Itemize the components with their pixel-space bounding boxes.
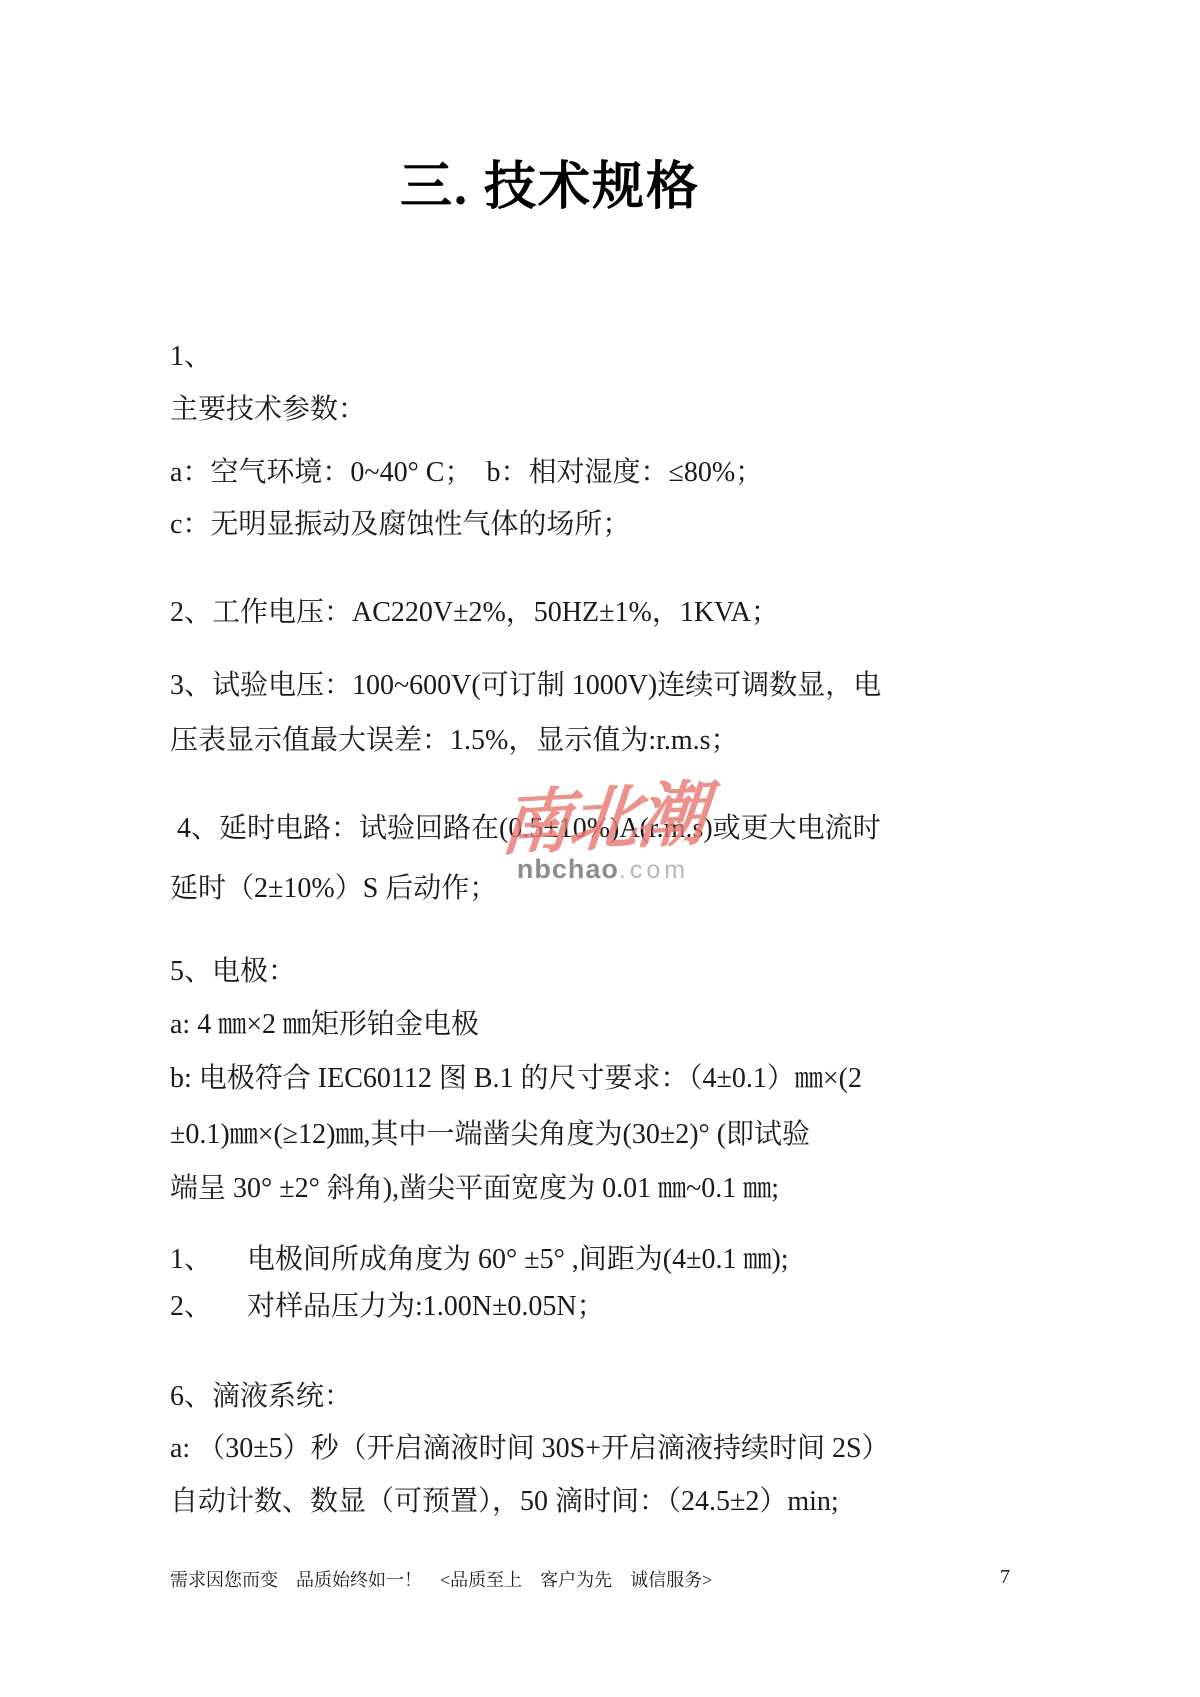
body-line: a: 4 ㎜×2 ㎜矩形铂金电极 (170, 1008, 950, 1042)
document-page: 三. 技术规格 1、主要技术参数：a：空气环境：0~40° C； b：相对湿度：… (0, 0, 1200, 1697)
body-line: 4、延时电路：试验回路在(0.5±10%)A(r.m.s)或更大电流时 (170, 812, 950, 846)
body-line: 5、电极： (170, 955, 950, 989)
body-line: a: （30±5）秒（开启滴液时间 30S+开启滴液持续时间 2S） (170, 1432, 950, 1466)
body-line: 6、滴液系统： (170, 1380, 950, 1414)
body-line: a：空气环境：0~40° C； b：相对湿度：≤80%； (170, 456, 950, 490)
body-line: 2、工作电压：AC220V±2%，50HZ±1%，1KVA； (170, 596, 950, 630)
body-line: 主要技术参数： (170, 393, 950, 427)
body-lines: 1、主要技术参数：a：空气环境：0~40° C； b：相对湿度：≤80%；c：无… (0, 0, 1200, 1697)
body-line: b: 电极符合 IEC60112 图 B.1 的尺寸要求：（4±0.1）㎜×(2 (170, 1062, 950, 1096)
body-line: 端呈 30° ±2° 斜角),凿尖平面宽度为 0.01 ㎜~0.1 ㎜; (170, 1172, 950, 1206)
body-line: 1、 电极间所成角度为 60° ±5° ,间距为(4±0.1 ㎜); (170, 1243, 950, 1277)
body-line: 2、 对样品压力为:1.00N±0.05N； (170, 1290, 950, 1324)
footer-slogan: 需求因您而变 品质始终如一！ <品质至上 客户为先 诚信服务> (170, 1568, 712, 1592)
body-line: 延时（2±10%）S 后动作； (170, 872, 950, 906)
body-line: ±0.1)㎜×(≥12)㎜,其中一端凿尖角度为(30±2)° (即试验 (170, 1118, 950, 1152)
body-line: c：无明显振动及腐蚀性气体的场所； (170, 508, 950, 542)
footer-page-number: 7 (1000, 1566, 1010, 1589)
body-line: 3、试验电压：100~600V(可订制 1000V)连续可调数显，电 (170, 669, 950, 703)
body-line: 自动计数、数显（可预置），50 滴时间：（24.5±2）min; (170, 1485, 950, 1519)
body-line: 1、 (170, 340, 950, 374)
body-line: 压表显示值最大误差：1.5%，显示值为:r.m.s； (170, 724, 950, 758)
